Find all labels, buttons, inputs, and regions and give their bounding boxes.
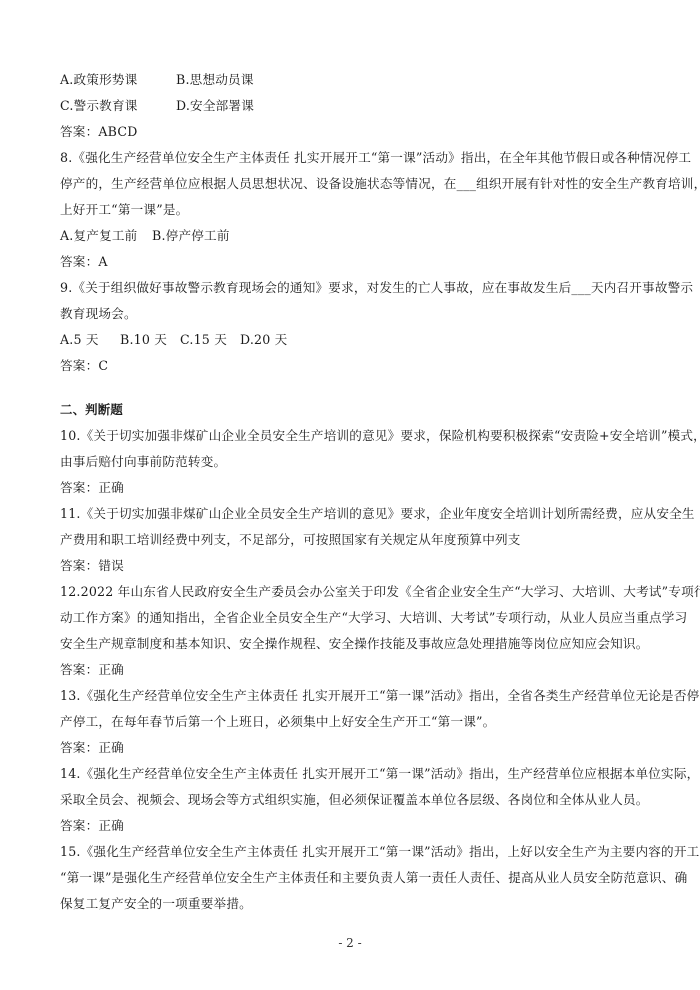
q9-option-a: A.5 天 [60,332,120,348]
q7-options-row-2: C.警示教育课D.安全部署课 [60,98,254,114]
q14-text-line-2: 采取全员会、视频会、现场会等方式组织实施，但必须保证覆盖本单位各层级、各岗位和全… [60,792,649,808]
q8-text-line-1: 8.《强化生产经营单位安全生产主体责任 扎实开展开工“第一课”活动》指出，在全年… [60,150,642,166]
q8-option-b: B.停产停工前 [152,228,230,244]
q9-option-c: C.15 天 [180,332,240,348]
q9-text-line-2: 教育现场会。 [60,306,137,322]
q9-option-d: D.20 天 [240,332,287,348]
q12-answer: 答案：正确 [60,662,124,678]
q8-option-a: A.复产复工前 [60,228,152,244]
q13-answer: 答案：正确 [60,740,124,756]
q7-option-a: A.政策形势课 [60,72,176,88]
q7-options-row-1: A.政策形势课B.思想动员课 [60,72,254,88]
q8-text-line-3: 上好开工“第一课”是。 [60,202,188,218]
q10-answer: 答案：正确 [60,480,124,496]
q8-text-line-2: 停产的，生产经营单位应根据人员思想状况、设备设施状态等情况，在___组织开展有针… [60,176,642,192]
q9-answer: 答案：C [60,358,108,374]
q13-text-line-1: 13.《强化生产经营单位安全生产主体责任 扎实开展开工“第一课”活动》指出，全省… [60,688,642,704]
q12-text-line-2: 动工作方案》的通知指出，全省企业全员安全生产“大学习、大培训、大考试”专项行动，… [60,610,642,626]
q8-answer: 答案：A [60,254,108,270]
q9-option-b: B.10 天 [120,332,180,348]
q11-text-line-1: 11.《关于切实加强非煤矿山企业全员安全生产培训的意见》要求，企业年度安全培训计… [60,506,642,522]
q9-text-line-1: 9.《关于组织做好事故警示教育现场会的通知》要求，对发生的亡人事故，应在事故发生… [60,280,642,296]
q8-options: A.复产复工前B.停产停工前 [60,228,230,244]
q10-text-line-2: 由事后赔付向事前防范转变。 [60,454,226,470]
q11-text-line-2: 产费用和职工培训经费中列支，不足部分，可按照国家有关规定从年度预算中列支 [60,532,521,548]
q7-option-d: D.安全部署课 [176,98,254,114]
q12-text-line-3: 安全生产规章制度和基本知识、安全操作规程、安全操作技能及事故应急处理措施等岗位应… [60,636,649,652]
q15-text-line-2: “第一课”是强化生产经营单位安全生产主体责任和主要负责人第一责任人责任、提高从业… [60,870,642,886]
q15-text-line-3: 保复工复产安全的一项重要举措。 [60,896,252,912]
q14-answer: 答案：正确 [60,818,124,834]
q7-answer: 答案：ABCD [60,124,138,140]
page-number: - 2 - [0,936,700,950]
q7-option-c: C.警示教育课 [60,98,176,114]
q15-text-line-1: 15.《强化生产经营单位安全生产主体责任 扎实开展开工“第一课”活动》指出，上好… [60,844,642,860]
section-heading-true-false: 二、判断题 [60,402,123,418]
q7-option-b: B.思想动员课 [176,72,254,88]
q10-text-line-1: 10.《关于切实加强非煤矿山企业全员安全生产培训的意见》要求，保险机构要积极探索… [60,428,642,444]
q11-answer: 答案：错误 [60,558,124,574]
q13-text-line-2: 产停工，在每年春节后第一个上班日，必须集中上好安全生产开工“第一课”。 [60,714,495,730]
q14-text-line-1: 14.《强化生产经营单位安全生产主体责任 扎实开展开工“第一课”活动》指出，生产… [60,766,642,782]
q9-options: A.5 天B.10 天C.15 天D.20 天 [60,332,287,348]
q12-text-line-1: 12.2022 年山东省人民政府安全生产委员会办公室关于印发《全省企业安全生产“… [60,584,642,600]
